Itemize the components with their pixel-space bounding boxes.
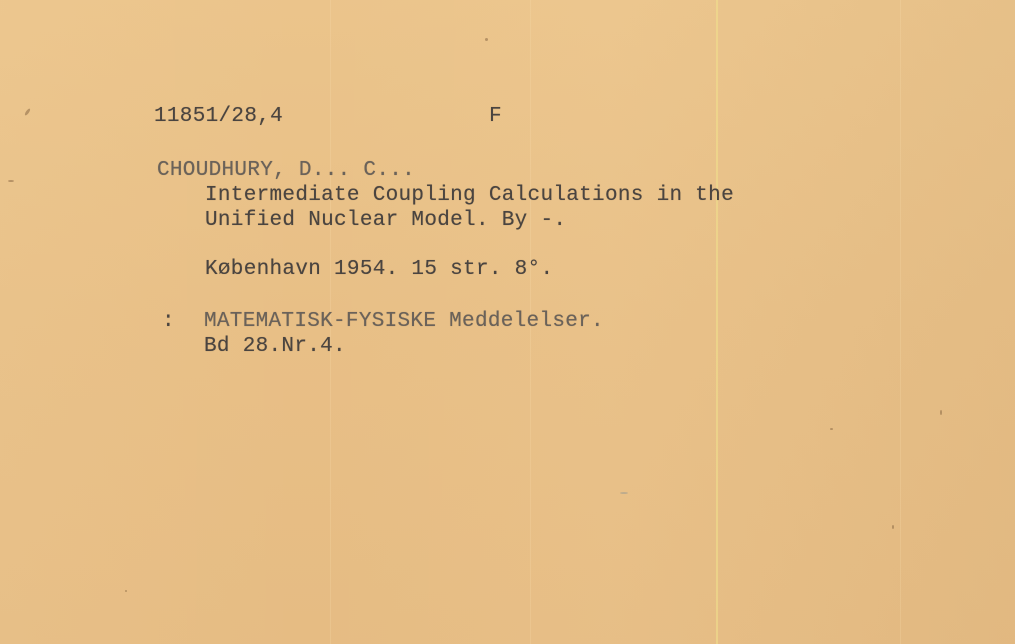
call-number: 11851/28,4 <box>154 106 283 127</box>
paper-speck <box>125 590 127 592</box>
catalog-card: 11851/28,4 F CHOUDHURY, D... C... Interm… <box>0 0 1015 644</box>
paper-speck <box>892 525 894 529</box>
paper-speck <box>830 428 833 430</box>
paper-speck <box>620 492 628 494</box>
title-line-1: Intermediate Coupling Calculations in th… <box>205 185 734 206</box>
paper-speck <box>8 180 14 182</box>
paper-speck <box>940 410 942 415</box>
card-ruling-line <box>716 0 718 644</box>
paper-speck <box>485 38 488 41</box>
author-heading: CHOUDHURY, D... C... <box>157 160 415 181</box>
title-line-2: Unified Nuclear Model. By -. <box>205 210 566 231</box>
card-letter: F <box>489 106 502 127</box>
series-marker: : <box>162 311 175 332</box>
imprint: København 1954. 15 str. 8°. <box>205 259 553 280</box>
paper-fiber-line <box>900 0 901 644</box>
series-line-2: Bd 28.Nr.4. <box>204 336 346 357</box>
paper-speck <box>24 108 31 116</box>
series-line-1: MATEMATISK-FYSISKE Meddelelser. <box>204 311 604 332</box>
